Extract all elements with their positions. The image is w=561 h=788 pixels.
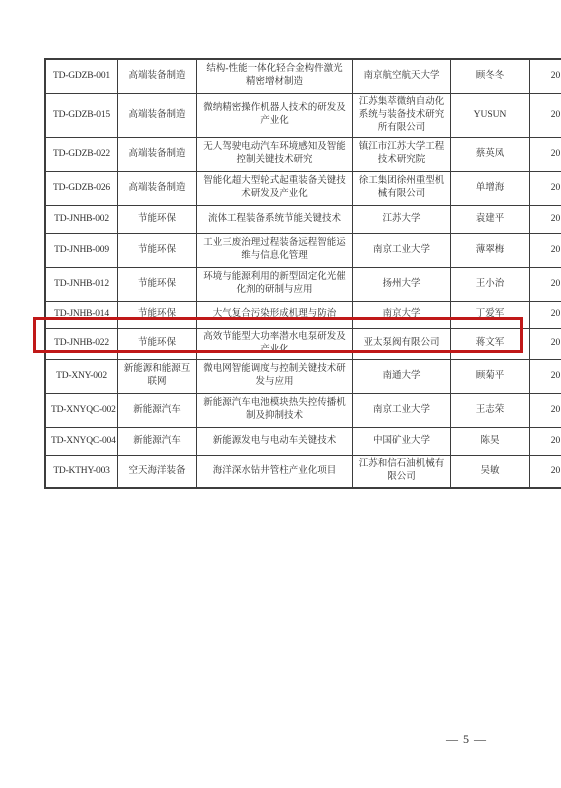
cell-category: 空天海洋装备 <box>118 455 197 488</box>
cell-leader-name: 王小治 <box>451 267 530 301</box>
cell-organization: 中国矿业大学 <box>353 427 451 455</box>
table-row: TD-XNYQC-002 新能源汽车 新能源汽车电池模块热失控传播机制及抑制技术… <box>45 393 561 427</box>
cell-project-title: 结构-性能一体化轻合金构件激光精密增材制造 <box>197 59 353 93</box>
cell-project-id: TD-XNYQC-004 <box>45 427 118 455</box>
table-row: TD-KTHY-003 空天海洋装备 海洋深水钻井管柱产业化项目 江苏和信石油机… <box>45 455 561 488</box>
table-row: TD-GDZB-022 高端装备制造 无人驾驶电动汽车环境感知及智能控制关键技术… <box>45 137 561 171</box>
cell-project-title: 无人驾驶电动汽车环境感知及智能控制关键技术研究 <box>197 137 353 171</box>
cell-amount: 20 <box>530 233 561 267</box>
cell-project-id: TD-JNHB-022 <box>45 328 118 359</box>
cell-category: 节能环保 <box>118 233 197 267</box>
cell-category: 节能环保 <box>118 301 197 328</box>
cell-project-title: 工业三废治理过程装备远程智能运维与信息化管理 <box>197 233 353 267</box>
cell-project-id: TD-XNY-002 <box>45 359 118 393</box>
cell-leader-name: 薄翠梅 <box>451 233 530 267</box>
table-row-highlighted: TD-JNHB-022 节能环保 高效节能型大功率潜水电泵研发及产业化 亚太泵阀… <box>45 328 561 359</box>
cell-amount: 20 <box>530 59 561 93</box>
cell-project-id: TD-GDZB-001 <box>45 59 118 93</box>
cell-amount: 20 <box>530 393 561 427</box>
cell-organization: 南通大学 <box>353 359 451 393</box>
document-page: TD-GDZB-001 高端装备制造 结构-性能一体化轻合金构件激光精密增材制造… <box>0 0 561 788</box>
cell-amount: 20 <box>530 301 561 328</box>
projects-table: TD-GDZB-001 高端装备制造 结构-性能一体化轻合金构件激光精密增材制造… <box>44 58 561 489</box>
cell-leader-name: 顾冬冬 <box>451 59 530 93</box>
cell-project-id: TD-KTHY-003 <box>45 455 118 488</box>
table-row: TD-GDZB-015 高端装备制造 微纳精密操作机器人技术的研发及产业化 江苏… <box>45 93 561 137</box>
cell-project-id: TD-GDZB-015 <box>45 93 118 137</box>
table-row: TD-JNHB-014 节能环保 大气复合污染形成机理与防治 南京大学 丁爱军 … <box>45 301 561 328</box>
cell-leader-name: 袁建平 <box>451 205 530 233</box>
cell-organization: 亚太泵阀有限公司 <box>353 328 451 359</box>
cell-project-title: 智能化超大型轮式起重装备关键技术研发及产业化 <box>197 171 353 205</box>
cell-project-title: 流体工程装备系统节能关键技术 <box>197 205 353 233</box>
cell-leader-name: 蒋文军 <box>451 328 530 359</box>
cell-leader-name: YUSUN <box>451 93 530 137</box>
cell-leader-name: 顾菊平 <box>451 359 530 393</box>
cell-leader-name: 王志荣 <box>451 393 530 427</box>
cell-leader-name: 单增海 <box>451 171 530 205</box>
table-row: TD-GDZB-026 高端装备制造 智能化超大型轮式起重装备关键技术研发及产业… <box>45 171 561 205</box>
cell-amount: 20 <box>530 328 561 359</box>
cell-organization: 南京大学 <box>353 301 451 328</box>
table-row: TD-XNYQC-004 新能源汽车 新能源发电与电动车关键技术 中国矿业大学 … <box>45 427 561 455</box>
cell-project-title: 高效节能型大功率潜水电泵研发及产业化 <box>197 328 353 359</box>
cell-category: 新能源和能源互联网 <box>118 359 197 393</box>
cell-organization: 南京航空航天大学 <box>353 59 451 93</box>
cell-organization: 江苏集萃微纳自动化系统与装备技术研究所有限公司 <box>353 93 451 137</box>
cell-category: 高端装备制造 <box>118 59 197 93</box>
cell-project-id: TD-JNHB-009 <box>45 233 118 267</box>
cell-project-title: 新能源发电与电动车关键技术 <box>197 427 353 455</box>
cell-category: 高端装备制造 <box>118 137 197 171</box>
cell-category: 节能环保 <box>118 267 197 301</box>
cell-organization: 镇江市江苏大学工程技术研究院 <box>353 137 451 171</box>
cell-amount: 20 <box>530 455 561 488</box>
table-row: TD-GDZB-001 高端装备制造 结构-性能一体化轻合金构件激光精密增材制造… <box>45 59 561 93</box>
cell-amount: 20 <box>530 267 561 301</box>
cell-leader-name: 吴敏 <box>451 455 530 488</box>
cell-category: 节能环保 <box>118 205 197 233</box>
cell-project-id: TD-JNHB-014 <box>45 301 118 328</box>
cell-project-id: TD-JNHB-002 <box>45 205 118 233</box>
cell-project-id: TD-XNYQC-002 <box>45 393 118 427</box>
cell-amount: 20 <box>530 137 561 171</box>
cell-project-id: TD-GDZB-026 <box>45 171 118 205</box>
cell-category: 高端装备制造 <box>118 171 197 205</box>
cell-project-title: 大气复合污染形成机理与防治 <box>197 301 353 328</box>
cell-organization: 江苏大学 <box>353 205 451 233</box>
cell-project-title: 新能源汽车电池模块热失控传播机制及抑制技术 <box>197 393 353 427</box>
cell-category: 新能源汽车 <box>118 427 197 455</box>
cell-project-title: 环境与能源利用的新型固定化光催化剂的研制与应用 <box>197 267 353 301</box>
cell-amount: 20 <box>530 205 561 233</box>
cell-amount: 20 <box>530 359 561 393</box>
cell-category: 高端装备制造 <box>118 93 197 137</box>
cell-organization: 徐工集团徐州重型机械有限公司 <box>353 171 451 205</box>
cell-amount: 20 <box>530 427 561 455</box>
cell-leader-name: 陈昊 <box>451 427 530 455</box>
cell-project-id: TD-JNHB-012 <box>45 267 118 301</box>
cell-project-id: TD-GDZB-022 <box>45 137 118 171</box>
cell-organization: 南京工业大学 <box>353 233 451 267</box>
cell-category: 新能源汽车 <box>118 393 197 427</box>
cell-project-title: 海洋深水钻井管柱产业化项目 <box>197 455 353 488</box>
table-row: TD-JNHB-012 节能环保 环境与能源利用的新型固定化光催化剂的研制与应用… <box>45 267 561 301</box>
cell-organization: 扬州大学 <box>353 267 451 301</box>
cell-organization: 南京工业大学 <box>353 393 451 427</box>
page-number: — 5 — <box>446 732 487 747</box>
cell-project-title: 微电网智能调度与控制关键技术研发与应用 <box>197 359 353 393</box>
cell-leader-name: 丁爱军 <box>451 301 530 328</box>
cell-organization: 江苏和信石油机械有限公司 <box>353 455 451 488</box>
cell-project-title: 微纳精密操作机器人技术的研发及产业化 <box>197 93 353 137</box>
cell-category: 节能环保 <box>118 328 197 359</box>
table-row: TD-JNHB-002 节能环保 流体工程装备系统节能关键技术 江苏大学 袁建平… <box>45 205 561 233</box>
cell-amount: 20 <box>530 171 561 205</box>
cell-leader-name: 蔡英凤 <box>451 137 530 171</box>
cell-amount: 20 <box>530 93 561 137</box>
table-row: TD-JNHB-009 节能环保 工业三废治理过程装备远程智能运维与信息化管理 … <box>45 233 561 267</box>
table-row: TD-XNY-002 新能源和能源互联网 微电网智能调度与控制关键技术研发与应用… <box>45 359 561 393</box>
